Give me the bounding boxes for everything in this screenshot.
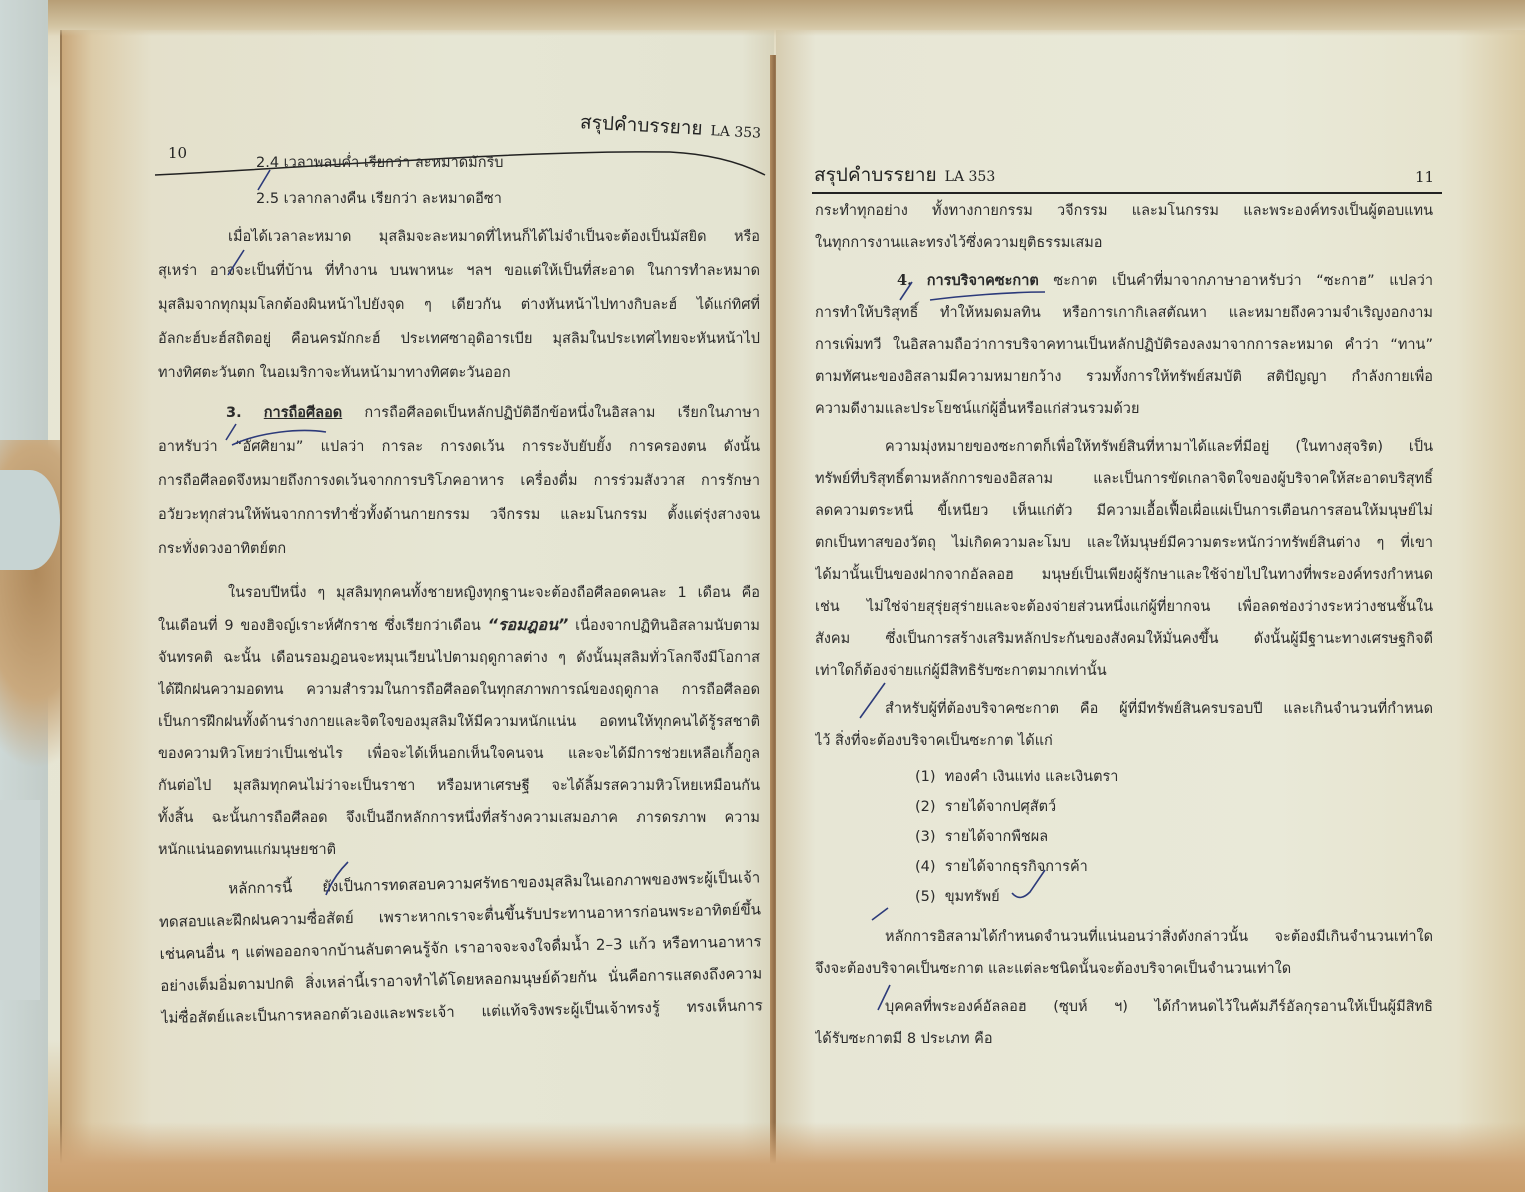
list-text: รายได้จากพืชผล (945, 829, 1048, 845)
text-line: 2.5 เวลากลางคืน เรียกว่า ละหมาดอีซา (158, 184, 760, 214)
list-number: (3) (915, 829, 936, 845)
list-item: (4) รายได้จากธุรกิจการค้า (815, 852, 1433, 882)
text-line: ทรัพย์ที่บริสุทธิ์ตามหลักการของอิสลาม แล… (815, 464, 1433, 494)
text-line: การทำให้บริสุทธิ์ ทำให้หมดมลทิน หรือการเ… (815, 298, 1433, 328)
text-line: ลดความตระหนี่ ขี้เหนียว เห็นแก่ตัว มีควา… (815, 496, 1433, 526)
right-page-body: กระทำทุกอย่าง ทั้งทางกายกรรม วจีกรรม และ… (815, 196, 1433, 1054)
zakat-items-list: (1) ทองคำ เงินแท่ง และเงินตรา (2) รายได้… (815, 762, 1433, 912)
text-line: ในเดือนที่ 9 ของฮิจญ์เราะห์ศักราช ซึ่งเร… (158, 610, 760, 641)
list-number: (5) (915, 889, 936, 905)
text-line: ไว้ สิ่งที่จะต้องบริจาคเป็นซะกาต ได้แก่ (815, 726, 1433, 756)
list-text: ขุมทรัพย์ (945, 889, 1000, 905)
text-line: มุสลิมจากทุกมุมโลกต้องผินหน้าไปยังจุด ๆ … (158, 290, 760, 320)
text-line: บุคคลที่พระองค์อัลลอฮ (ซุบห์ ฯ) ได้กำหนด… (815, 992, 1433, 1022)
list-item: (1) ทองคำ เงินแท่ง และเงินตรา (815, 762, 1433, 792)
text-line: จึงจะต้องบริจาคเป็นซะกาต และแต่ละชนิดนั้… (815, 954, 1433, 984)
section-heading: การถือศีลอด (264, 405, 342, 421)
text-line: ทางทิศตะวันตก ในอเมริกาจะหันหน้ามาทางทิศ… (158, 358, 760, 388)
text-line: สังคม ซึ่งเป็นการสร้างเสริมหลักประกันของ… (815, 624, 1433, 654)
text-line: การเพิ่มทวี ในอิสลามถือว่าการบริจาคทานเป… (815, 330, 1433, 360)
text-line: อัลกะฮ์บะฮ์สถิตอยู่ คือนครมักกะฮ์ ประเทศ… (158, 324, 760, 354)
section-heading: การบริจาคซะกาต (927, 273, 1039, 289)
text-line: ในทุกการงานและทรงไว้ซึ่งความยุติธรรมเสมอ (815, 228, 1433, 258)
bottom-stain (48, 1122, 1525, 1192)
text-line: การถือศีลอดจึงหมายถึงการงดเว้นจากการบริโ… (158, 466, 760, 496)
text-line: ตามทัศนะของอิสลามมีความหมายกว้าง รวมทั้ง… (815, 362, 1433, 392)
left-page-body: 2.4 เวลาพลบค่ำ เรียกว่า ละหมาดมักริบ 2.5… (158, 148, 760, 1033)
right-page-number: 11 (1415, 168, 1434, 186)
list-item: (3) รายได้จากพืชผล (815, 822, 1433, 852)
text-line: ได้ฝึกฝนความอดทน ความสำรวมในการถือศีลอดใ… (158, 675, 760, 705)
text-line: อาหรับว่า “อัศศิยาม” แปลว่า การละ การงดเ… (158, 432, 760, 462)
text-line: ทั้งสิ้น ฉะนั้นการถือศีลอด จึงเป็นอีกหลั… (158, 803, 760, 833)
text-line: เป็นการฝึกฝนทั้งด้านร่างกายและจิตใจของมุ… (158, 707, 760, 737)
text-line: สุเหร่า อาจจะเป็นที่บ้าน ที่ทำงาน บนพาหน… (158, 256, 760, 286)
section-4-heading-line: 4. การบริจาคซะกาต ซะกาต เป็นคำที่มาจากภา… (815, 266, 1433, 296)
list-text: ทองคำ เงินแท่ง และเงินตรา (945, 769, 1119, 785)
list-number: (1) (915, 769, 936, 785)
text-line: หลักการอิสลามได้กำหนดจำนวนที่แน่นอนว่าสิ… (815, 922, 1433, 952)
curved-paragraph: หลักการนี้ ยังเป็นการทดสอบความศรัทธาของม… (158, 862, 763, 1033)
book-spread-photo: 10 สรุปคำบรรยายLA 353 2.4 เวลาพลบค่ำ เรี… (0, 0, 1525, 1192)
top-stain (48, 0, 1525, 36)
course-code: LA 353 (710, 123, 761, 142)
right-running-title: สรุปคำบรรยายLA 353 (814, 160, 995, 190)
text-line: หนักแน่นอดทนแก่มนุษยชาติ (158, 835, 760, 865)
text-line: จันทรคติ ฉะนั้น เดือนรอมฎอนจะหมุนเวียนไป… (158, 643, 760, 673)
text-line: ความมุ่งหมายของซะกาตก็เพื่อให้ทรัพย์สินท… (815, 432, 1433, 462)
course-code: LA 353 (945, 169, 996, 185)
list-number: (2) (915, 799, 936, 815)
text-line: กระทำทุกอย่าง ทั้งทางกายกรรม วจีกรรม และ… (815, 196, 1433, 226)
text-line: เท่าใดก็ต้องจ่ายแก่ผู้มีสิทธิรับซะกาตมาก… (815, 656, 1433, 686)
text-line: กันต่อไป มุสลิมทุกคนไม่ว่าจะเป็นราชา หรื… (158, 771, 760, 801)
list-text: รายได้จากปศุสัตว์ (945, 799, 1056, 815)
text-line: ได้มานั้นเป็นของฝากจากอัลลอฮ มนุษย์เป็นเ… (815, 560, 1433, 590)
running-title-text: สรุปคำบรรยาย (814, 164, 937, 186)
text-line: อวัยวะทุกส่วนให้พ้นจากการทำชั่วทั้งด้านก… (158, 500, 760, 530)
list-item: (2) รายได้จากปศุสัตว์ (815, 792, 1433, 822)
text-line: เช่น ไม่ใช่จ่ายสุรุ่ยสุร่ายและจะต้องจ่าย… (815, 592, 1433, 622)
background-gap (0, 470, 60, 570)
text-line: กระทั่งดวงอาทิตย์ตก (158, 534, 760, 564)
list-item: (5) ขุมทรัพย์ (815, 882, 1433, 912)
section-text: ซะกาต เป็นคำที่มาจากภาษาอาหรับว่า “ซะกาฮ… (1053, 273, 1433, 289)
text-line: ตกเป็นทาสของวัตถุ ไม่เกิดความละโมบ และให… (815, 528, 1433, 558)
text-line: ได้รับซะกาตมี 8 ประเภท คือ (815, 1024, 1433, 1054)
section-number: 4. (897, 272, 912, 289)
text-fragment: เนื่องจากปฏิทินอิสลามนับตาม (568, 618, 760, 634)
section-3-heading-line: 3. การถือศีลอด การถือศีลอดเป็นหลักปฏิบัต… (158, 398, 760, 428)
text-line: ของความหิวโหยว่าเป็นเช่นไร เพื่อจะได้เห็… (158, 739, 760, 769)
right-header-rule (812, 192, 1442, 194)
text-line: เมื่อได้เวลาละหมาด มุสลิมจะละหมาดที่ไหนก… (158, 222, 760, 252)
section-number: 3. (226, 405, 242, 421)
list-text: รายได้จากธุรกิจการค้า (945, 859, 1088, 875)
text-line: ในรอบปีหนึ่ง ๆ มุสลิมทุกคนทั้งชายหญิงทุก… (158, 578, 760, 608)
background-gap (0, 800, 40, 1000)
section-text: การถือศีลอดเป็นหลักปฏิบัติอีกข้อหนึ่งในอ… (364, 405, 760, 421)
list-number: (4) (915, 859, 936, 875)
text-line: ความดีงามและประโยชน์แก่ผู้อื่นหรือแก่ส่ว… (815, 394, 1433, 424)
ramadan-term: “รอมฎอน” (488, 615, 569, 634)
text-line: สำหรับผู้ที่ต้องบริจาคซะกาต คือ ผู้ที่มี… (815, 694, 1433, 724)
running-title-text: สรุปคำบรรยาย (580, 111, 704, 139)
text-fragment: ในเดือนที่ 9 ของฮิจญ์เราะห์ศักราช ซึ่งเร… (158, 618, 488, 634)
text-line: 2.4 เวลาพลบค่ำ เรียกว่า ละหมาดมักริบ (158, 148, 760, 178)
